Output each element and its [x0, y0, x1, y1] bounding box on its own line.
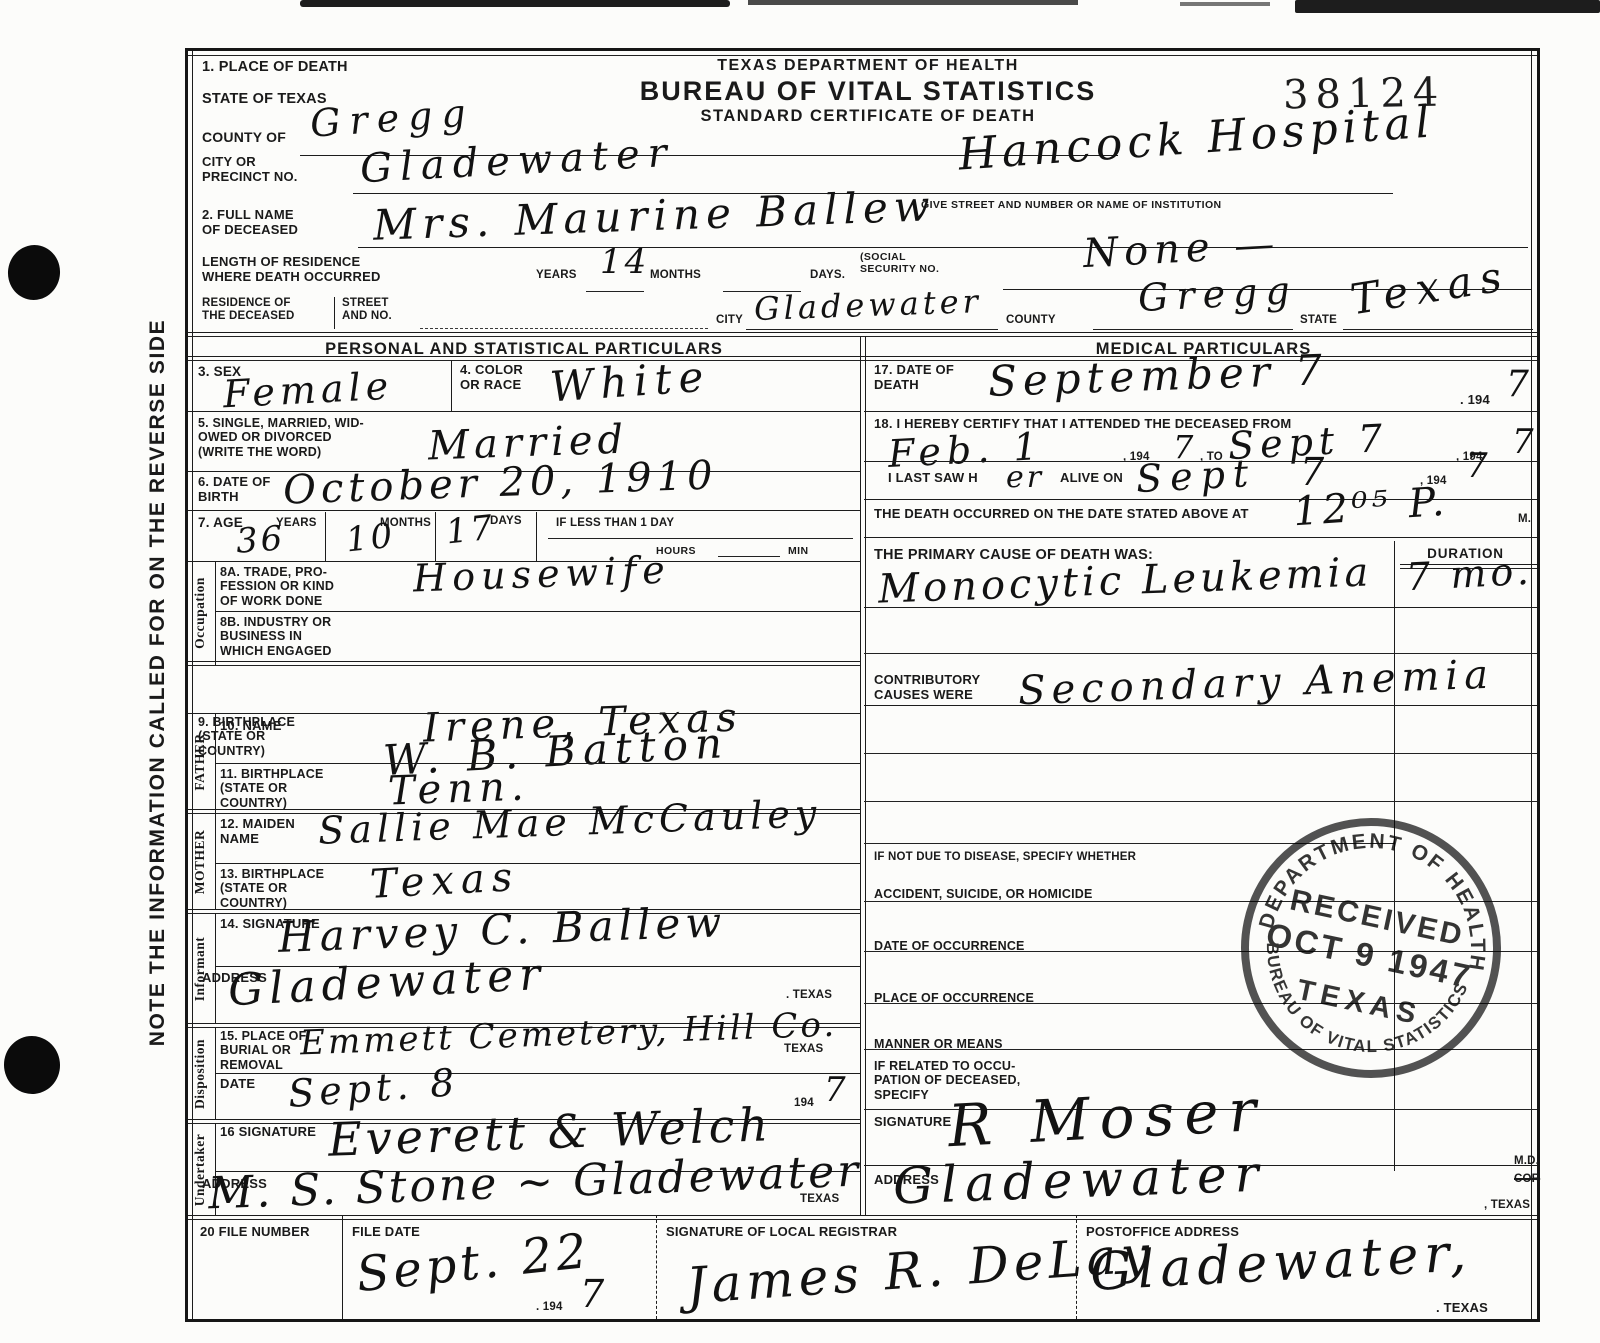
- years-label: YEARS: [536, 269, 577, 282]
- rule: [188, 661, 860, 662]
- undertaker-side-label: Undertaker: [192, 1125, 208, 1215]
- contributory-label: CONTRIBUTORY CAUSES WERE: [874, 673, 980, 703]
- rule: [864, 411, 1537, 412]
- rule: [188, 665, 860, 666]
- column-divider: [865, 336, 866, 1215]
- date-of-death-year: . 194: [1460, 393, 1490, 408]
- rule: [864, 801, 1537, 802]
- rule: [656, 1215, 657, 1319]
- rule: [215, 763, 860, 764]
- title-block: TEXAS DEPARTMENT OF HEALTH BUREAU OF VIT…: [578, 57, 1158, 126]
- contributory-value: Secondary Anemia: [1017, 655, 1494, 712]
- received-stamp: DEPARTMENT OF HEALTH BUREAU OF VITAL STA…: [1213, 790, 1528, 1105]
- residence-of-label: RESIDENCE OF THE DECEASED: [202, 297, 295, 323]
- rule: [586, 291, 644, 292]
- city2-value: Gladewater: [754, 285, 983, 325]
- color-race-label: 4. COLOR OR RACE: [460, 363, 523, 393]
- min-label: MIN: [788, 545, 808, 557]
- death-time-m: M.: [1518, 513, 1531, 526]
- date-of-death-label: 17. DATE OF DEATH: [874, 363, 954, 393]
- full-name-label: 2. FULL NAME OF DECEASED: [202, 208, 298, 238]
- rule: [188, 55, 1537, 56]
- rule: [334, 297, 335, 329]
- rule: [215, 561, 216, 665]
- industry-label: 8B. INDUSTRY OR BUSINESS IN WHICH ENGAGE…: [220, 615, 332, 658]
- rule: [1531, 51, 1532, 1319]
- burial-date-year-hand: 7: [824, 1073, 849, 1107]
- death-time-value: 12⁰⁵ P.: [1292, 482, 1450, 533]
- rule: [864, 753, 1537, 754]
- county-label: COUNTY OF: [202, 129, 286, 145]
- months-label: MONTHS: [650, 269, 701, 282]
- burial-date-label: DATE: [220, 1077, 255, 1092]
- department-title: TEXAS DEPARTMENT OF HEALTH: [578, 57, 1158, 75]
- city-precinct-label: CITY OR PRECINCT NO.: [202, 155, 298, 185]
- rule: [435, 512, 436, 561]
- accident-label: ACCIDENT, SUICIDE, OR HOMICIDE: [874, 887, 1093, 901]
- rule: [215, 913, 216, 1023]
- attended-year2-hand: 7: [1512, 425, 1537, 459]
- date-occurrence-label: DATE OF OCCURRENCE: [874, 939, 1025, 953]
- file-date-year-hand: 7: [580, 1275, 607, 1313]
- less-than-day-label: IF LESS THAN 1 DAY: [556, 517, 674, 530]
- father-name-label: 10. NAME: [220, 719, 282, 734]
- rule: [188, 510, 860, 511]
- place-of-death-label: 1. PLACE OF DEATH: [202, 59, 348, 76]
- rule: [548, 538, 853, 539]
- file-number-label: 20 FILE NUMBER: [200, 1225, 310, 1240]
- rule: [325, 512, 326, 561]
- father-side-label: FATHER: [192, 713, 208, 811]
- years-value: 14: [600, 245, 649, 279]
- registrar-value: James R. DeLay: [685, 1229, 1156, 1312]
- full-name-value: Mrs. Maurine Ballew: [372, 185, 936, 247]
- manner-means-label: MANNER OR MEANS: [874, 1037, 1003, 1051]
- rule: [864, 705, 1537, 706]
- rule: [188, 332, 1537, 333]
- occupation-side-label: Occupation: [192, 563, 208, 663]
- rule: [188, 1219, 1537, 1220]
- marital-label: 5. SINGLE, MARRIED, WID- OWED OR DIVORCE…: [198, 416, 364, 459]
- date-of-birth-value: October 20, 1910: [282, 455, 718, 510]
- last-saw-year-hand: 7: [1466, 449, 1491, 483]
- last-saw-month: Sept: [1135, 454, 1257, 498]
- certificate-form: 1. PLACE OF DEATH STATE OF TEXAS TEXAS D…: [185, 48, 1540, 1322]
- state2-label: STATE: [1300, 314, 1337, 327]
- burial-label: 15. PLACE OF BURIAL OR REMOVAL: [220, 1029, 306, 1072]
- physician-address-state: , TEXAS: [1484, 1199, 1530, 1212]
- mother-birthplace-value: Texas: [369, 857, 520, 905]
- last-saw-day: 7: [1300, 453, 1327, 491]
- bureau-title: BUREAU OF VITAL STATISTICS: [578, 76, 1158, 107]
- informant-address-state: . TEXAS: [786, 989, 832, 1002]
- informant-address-value: Gladewater: [227, 953, 547, 1014]
- age-days-value: 17: [444, 511, 497, 550]
- rule: [746, 329, 998, 330]
- informant-side-label: Informant: [192, 915, 208, 1023]
- institution-hint: GIVE STREET AND NUMBER OR NAME OF INSTIT…: [921, 199, 1222, 211]
- scan-artifact-bar: [748, 0, 1078, 5]
- length-residence-label: LENGTH OF RESIDENCE WHERE DEATH OCCURRED: [202, 255, 381, 285]
- rule: [451, 360, 452, 411]
- state2-value: Texas: [1348, 255, 1512, 321]
- rule: [188, 713, 860, 714]
- burial-date-value: Sept. 8: [287, 1063, 461, 1113]
- file-date-label: FILE DATE: [352, 1225, 420, 1240]
- physician-signature-label: SIGNATURE: [874, 1115, 951, 1130]
- rule: [358, 247, 1528, 248]
- alive-on-label: ALIVE ON: [1060, 471, 1123, 486]
- file-date-year: . 194: [536, 1301, 563, 1314]
- not-disease-label: IF NOT DUE TO DISEASE, SPECIFY WHETHER: [874, 851, 1136, 864]
- mother-side-label: MOTHER: [192, 815, 208, 909]
- registrar-label: SIGNATURE OF LOCAL REGISTRAR: [666, 1225, 897, 1240]
- rule: [188, 411, 860, 412]
- hole-punch: [4, 242, 63, 304]
- physician-signature-value: R Moser: [947, 1081, 1268, 1156]
- rule: [1343, 329, 1533, 330]
- street-no-label: STREET AND NO.: [342, 297, 392, 323]
- undertaker-signature-label: 16 SIGNATURE: [220, 1125, 316, 1140]
- rule: [188, 336, 1537, 337]
- death-time-label: THE DEATH OCCURRED ON THE DATE STATED AB…: [874, 507, 1249, 522]
- burial-value: Emmett Cemetery, Hill Co.: [300, 1008, 838, 1061]
- burial-state: TEXAS: [784, 1043, 823, 1056]
- rule: [188, 1215, 1537, 1216]
- scan-artifact-bar: [1295, 0, 1600, 13]
- rule: [864, 607, 1537, 608]
- column-divider: [860, 336, 861, 1215]
- last-saw-hand: er: [1006, 463, 1044, 493]
- rule: [215, 611, 860, 612]
- trade-label: 8A. TRADE, PRO- FESSION OR KIND OF WORK …: [220, 565, 334, 608]
- rule: [923, 193, 1393, 194]
- undertaker-address-value: M. S. Stone ~ Gladewater: [207, 1150, 862, 1217]
- undertaker-address-state: TEXAS: [800, 1193, 839, 1206]
- city-precinct-value: Gladewater: [359, 133, 675, 189]
- rule: [215, 813, 216, 909]
- rule: [188, 360, 1537, 361]
- postoffice-state: . TEXAS: [1436, 1301, 1488, 1316]
- rule: [420, 328, 708, 329]
- burial-date-year: 194: [794, 1097, 814, 1110]
- father-birthplace-label: 11. BIRTHPLACE (STATE OR COUNTRY): [220, 767, 324, 810]
- last-saw-pre: I LAST SAW H: [888, 471, 978, 486]
- scan-artifact-bar: [300, 0, 730, 7]
- duration-value: 7 mo.: [1405, 552, 1533, 597]
- md-label: M.D.: [1514, 1155, 1539, 1168]
- margin-note: NOTE THE INFORMATION CALLED FOR ON THE R…: [146, 280, 170, 1085]
- rule: [342, 1215, 343, 1319]
- age-years-value: 36: [235, 521, 287, 558]
- trade-value: Housewife: [412, 551, 671, 598]
- physician-address-value: Gladewater: [892, 1148, 1267, 1211]
- disposition-side-label: Disposition: [192, 1029, 208, 1119]
- sex-value: Female: [222, 367, 394, 414]
- date-of-death-year-hand: 7: [1506, 367, 1532, 403]
- county-value: Gregg: [309, 93, 476, 142]
- rule: [215, 863, 860, 864]
- county2-label: COUNTY: [1006, 314, 1056, 327]
- rule: [1093, 329, 1293, 330]
- ssn-value: None —: [1082, 224, 1281, 274]
- county2-value: Gregg: [1137, 271, 1298, 317]
- ssn-label: (SOCIAL SECURITY NO.: [860, 251, 939, 275]
- rule: [188, 356, 1537, 357]
- age-months-value: 10: [344, 519, 397, 558]
- color-race-value: White: [549, 355, 712, 408]
- days-label: DAYS.: [810, 269, 845, 282]
- scan-artifact-bar: [1180, 2, 1270, 6]
- date-of-death-value: September 7: [987, 349, 1328, 403]
- scanned-death-certificate: NOTE THE INFORMATION CALLED FOR ON THE R…: [0, 0, 1600, 1343]
- hole-punch: [1, 1033, 63, 1097]
- maiden-name-label: 12. MAIDEN NAME: [220, 817, 295, 847]
- city2-label: CITY: [716, 314, 743, 327]
- place-occurrence-label: PLACE OF OCCURRENCE: [874, 991, 1034, 1005]
- rule: [864, 537, 1537, 538]
- mother-birthplace-label: 13. BIRTHPLACE (STATE OR COUNTRY): [220, 867, 324, 910]
- rule: [718, 556, 780, 557]
- date-of-birth-label: 6. DATE OF BIRTH: [198, 475, 271, 505]
- cor-label: COR: [1514, 1173, 1540, 1186]
